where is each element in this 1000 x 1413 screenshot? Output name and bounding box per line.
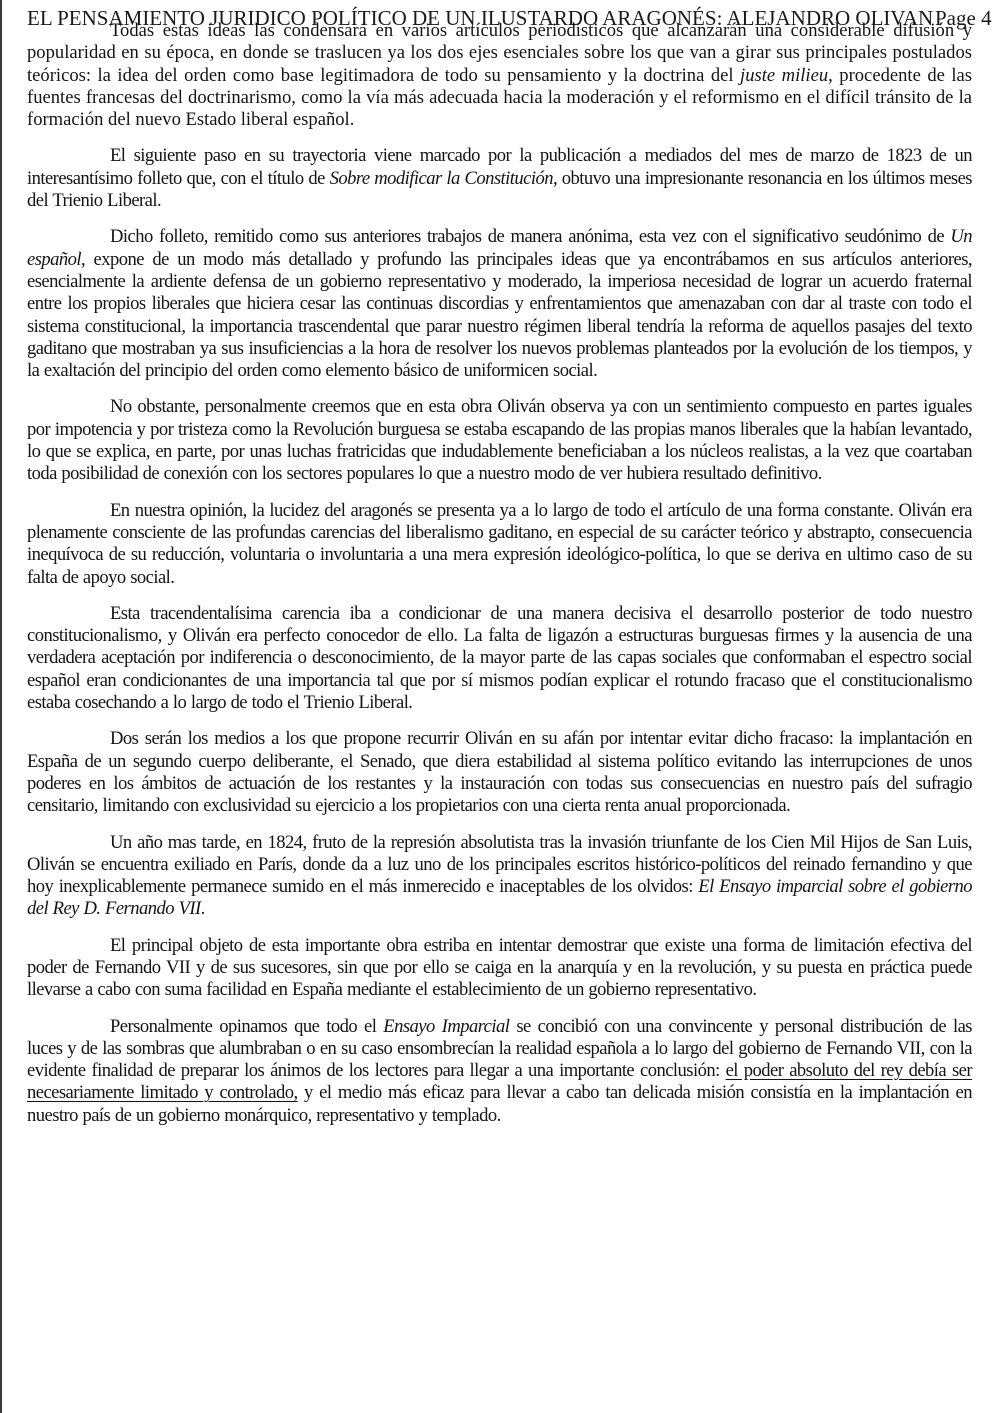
paragraph: Dos serán los medios a los que propone r…	[27, 728, 972, 817]
paragraph: Un año mas tarde, en 1824, fruto de la r…	[27, 832, 972, 921]
text-run: , expone de un modo más detallado y prof…	[27, 249, 972, 381]
text-run: No obstante, personalmente creemos que e…	[27, 396, 972, 484]
italic-title: Ensayo Imparcial	[383, 1016, 509, 1037]
italic-title: Sobre modificar la Constitución	[330, 168, 553, 189]
paragraph: Personalmente opinamos que todo el Ensay…	[27, 1016, 972, 1127]
header-title: EL PENSAMIENTO JURIDICO POLÍTICO DE UN I…	[27, 6, 933, 30]
paragraph: Esta tracendentalísima carencia iba a co…	[27, 603, 972, 714]
text-run: El principal objeto de esta importante o…	[27, 935, 972, 1001]
italic-term: juste milieu	[740, 65, 828, 86]
paragraph: En nuestra opinión, la lucidez del arago…	[27, 500, 972, 589]
page-number: Page 4	[935, 6, 992, 30]
paragraph: No obstante, personalmente creemos que e…	[27, 396, 972, 485]
text-run: Dos serán los medios a los que propone r…	[27, 728, 972, 816]
scan-edge-line	[0, 0, 2, 1413]
paragraph: Dicho folleto, remitido como sus anterio…	[27, 226, 972, 382]
paragraph: El siguiente paso en su trayectoria vien…	[27, 145, 972, 212]
text-run: En nuestra opinión, la lucidez del arago…	[27, 500, 972, 588]
running-header: EL PENSAMIENTO JURIDICO POLÍTICO DE UN I…	[27, 6, 987, 30]
text-run: .	[201, 898, 205, 919]
paragraph: El principal objeto de esta importante o…	[27, 935, 972, 1002]
document-body: Todas estas ideas las condensará en vari…	[27, 20, 972, 1141]
text-run: Esta tracendentalísima carencia iba a co…	[27, 603, 972, 713]
paragraph: Todas estas ideas las condensará en vari…	[27, 20, 972, 131]
text-run: Dicho folleto, remitido como sus anterio…	[110, 226, 950, 247]
text-run: Personalmente opinamos que todo el	[110, 1016, 383, 1037]
